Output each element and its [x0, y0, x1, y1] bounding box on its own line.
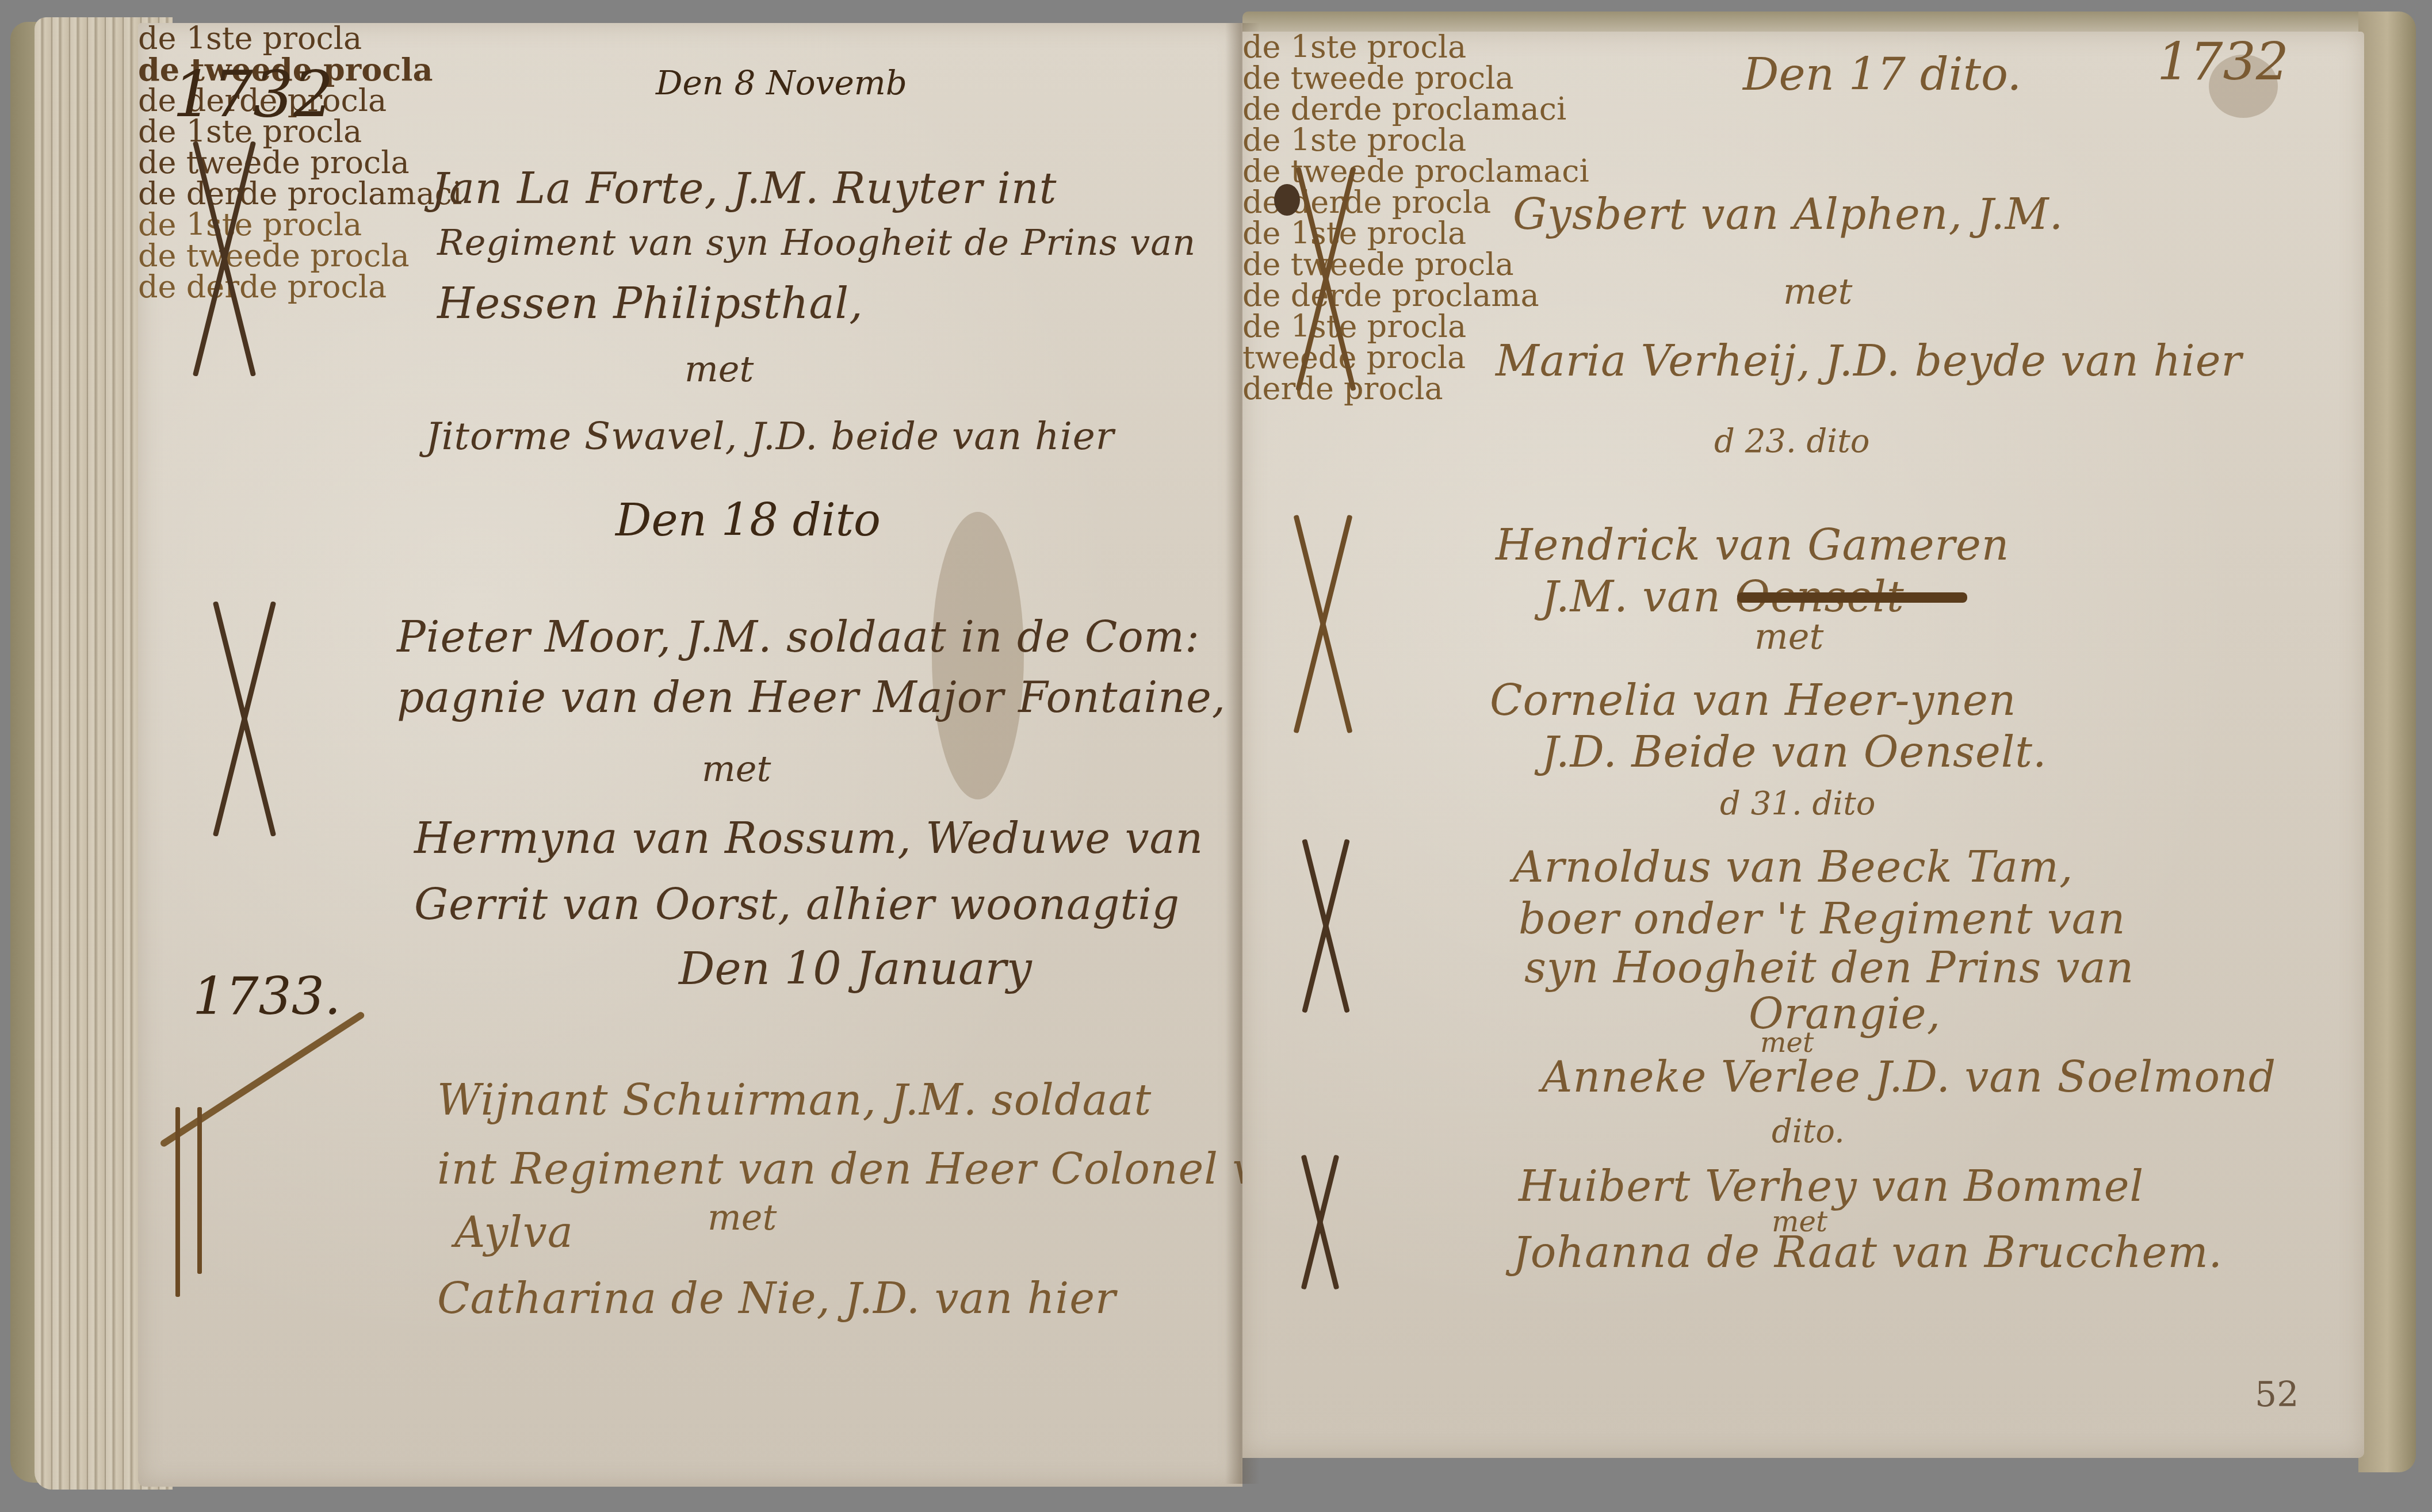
open-register-book: 1732 Den 8 Novemb de 1ste procla de twee…: [0, 0, 2432, 1512]
page-number: 52: [2255, 1375, 2299, 1415]
entry-date: dito.: [1772, 1113, 1845, 1150]
diagonal-stroke: [159, 1010, 366, 1148]
entry-groom-line: Gysbert van Alphen, J.M.: [1513, 190, 2063, 239]
entry-bride-line: Johanna de Raat van Brucchem.: [1513, 1228, 2223, 1277]
entry-groom-line: Wijnant Schuirman, J.M. soldaat: [437, 1075, 1152, 1125]
margin-proclamation-1: de 1ste procla: [138, 23, 1242, 54]
met-word: met: [1783, 270, 1852, 312]
entry-groom-line: pagnie van den Heer Major Fontaine,: [397, 673, 1226, 722]
entry-date: d 31. dito: [1720, 785, 1875, 822]
cross-mark: [1291, 837, 1360, 1015]
entry-groom-line: Pieter Moor, J.M. soldaat in de Com:: [397, 613, 1200, 662]
entry-groom-line: Hendrick van Gameren: [1496, 520, 2009, 570]
entry-bride-line: Hermyna van Rossum, Weduwe van: [414, 814, 1203, 863]
met-word: met: [1754, 615, 1823, 657]
cross-mark: [1288, 1153, 1352, 1291]
entry-groom-line: Arnoldus van Beeck Tam,: [1513, 843, 2074, 892]
entry-bride-line: Gerrit van Oorst, alhier woonagtig: [414, 880, 1180, 929]
entry-bride-line: Cornelia van Heer-ynen: [1490, 676, 2017, 725]
met-word: met: [702, 748, 771, 790]
met-word: met: [685, 348, 754, 390]
right-header-date: Den 17 dito.: [1743, 49, 2021, 101]
cross-mark: [213, 598, 276, 840]
right-page: 1732 Den 17 dito. de 1ste procla de twee…: [1242, 32, 2364, 1458]
entry-bride-line: Maria Verheij, J.D. beyde van hier: [1496, 336, 2242, 386]
left-header-date: Den 8 Novemb: [656, 63, 907, 102]
ink-blot: [1274, 184, 1300, 216]
entry-groom-line: Aylva: [454, 1208, 573, 1257]
entry-date: d 23. dito: [1714, 423, 1869, 460]
entry-groom-line: Huibert Verhey van Bommel: [1519, 1162, 2144, 1211]
entry-bride-line: J.D. Beide van Oenselt.: [1542, 728, 2047, 777]
margin-proclamation-2: de tweede proclamaci: [1242, 156, 2364, 187]
right-year: 1732: [2157, 32, 2289, 92]
year-mark: 1733.: [193, 966, 341, 1027]
entry-date: Den 10 January: [679, 943, 1032, 995]
left-page: 1732 Den 8 Novemb de 1ste procla de twee…: [138, 23, 1242, 1487]
strikethrough: [1737, 592, 1967, 603]
entry-date: Den 18 dito: [615, 495, 881, 546]
entry-groom-line: syn Hoogheit den Prins van: [1524, 943, 2134, 993]
entry-bride-line: Catharina de Nie, J.D. van hier: [437, 1274, 1116, 1323]
entry-bride-line: Jitorme Swavel, J.D. beide van hier: [426, 414, 1114, 458]
entry-groom-line: Hessen Philipsthal,: [437, 279, 863, 328]
met-word: met: [708, 1196, 777, 1238]
left-year: 1732: [173, 58, 334, 131]
entry-bride-line: Anneke Verlee J.D. van Soelmond: [1542, 1052, 2276, 1102]
cross-mark: [1288, 512, 1358, 736]
margin-proclamation-1: de 1ste procla: [1242, 125, 2364, 156]
entry-groom-line: Jan La Forte, J.M. Ruyter int: [431, 164, 1057, 213]
right-cover-edge: [2358, 12, 2416, 1472]
entry-groom-line: int Regiment van den Heer Colonel van: [437, 1144, 1311, 1194]
entry-groom-line: boer onder 't Regiment van: [1519, 894, 2126, 944]
entry-groom-line: Regiment van syn Hoogheit de Prins van: [437, 221, 1196, 263]
